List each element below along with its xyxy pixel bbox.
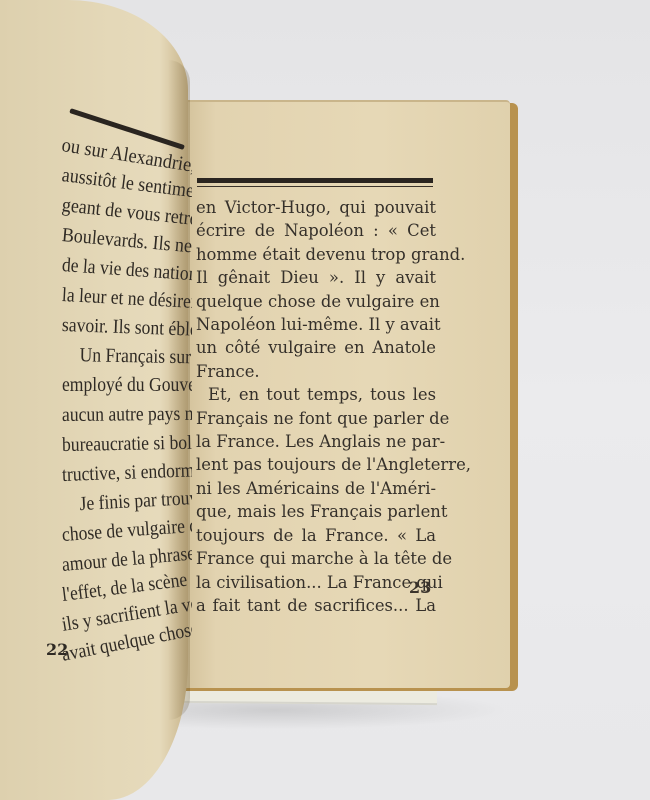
text-line: toujours de la France. « La bbox=[196, 524, 436, 547]
text-line: lent pas toujours de l'Angleterre, bbox=[196, 453, 436, 476]
text-line: bureaucratie si bolcm bbox=[62, 428, 177, 460]
left-page-number: 22 bbox=[46, 640, 68, 659]
right-page-header-rule-thin bbox=[197, 186, 433, 187]
text-line: France. bbox=[196, 360, 436, 383]
text-line: savoir. Ils sont éblou bbox=[62, 310, 177, 344]
text-line: France qui marche à la tête de bbox=[196, 547, 436, 570]
right-page-text: en Victor-Hugo, qui pouvait écrire de Na… bbox=[196, 196, 436, 617]
text-line: Et, en tout temps, tous les bbox=[196, 383, 436, 406]
text-line: la civilisation... La France qui bbox=[196, 571, 436, 594]
right-page-header-rule bbox=[197, 178, 433, 183]
text-line: un côté vulgaire en Anatole bbox=[196, 336, 436, 359]
left-page-text: ou sur Alexandrie, e aussitôt le sentime… bbox=[62, 130, 192, 670]
text-line: que, mais les Français parlent bbox=[196, 500, 436, 523]
text-line: Il gênait Dieu ». Il y avait bbox=[196, 266, 436, 289]
text-line: quelque chose de vulgaire en bbox=[196, 290, 436, 313]
text-line: Un Français sur c bbox=[62, 340, 177, 372]
text-line: a fait tant de sacrifices... La bbox=[196, 594, 436, 617]
text-line: la France. Les Anglais ne par- bbox=[196, 430, 436, 453]
text-line: en Victor-Hugo, qui pouvait bbox=[196, 196, 436, 219]
text-line: employé du Gouvern bbox=[62, 370, 176, 400]
book-photo: en Victor-Hugo, qui pouvait écrire de Na… bbox=[0, 0, 650, 800]
text-line: aucun autre pays n'a bbox=[62, 399, 177, 430]
right-page-number: 23 bbox=[409, 578, 431, 597]
text-line: homme était devenu trop grand. bbox=[196, 243, 436, 266]
text-line: écrire de Napoléon : « Cet bbox=[196, 219, 436, 242]
text-line: Français ne font que parler de bbox=[196, 407, 436, 430]
text-line: ni les Américains de l'Améri- bbox=[196, 477, 436, 500]
text-line: Napoléon lui-même. Il y avait bbox=[196, 313, 436, 336]
